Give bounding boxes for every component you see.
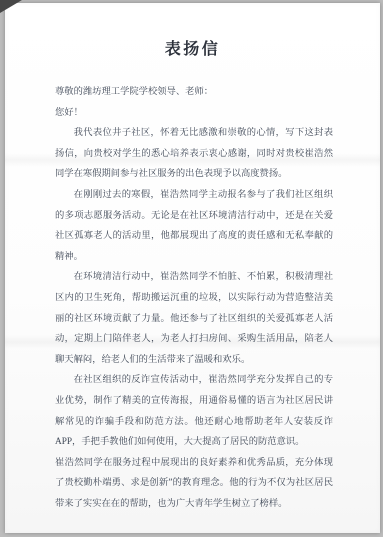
letter-salutation: 尊敬的潍坊理工学院学校领导、老师： <box>55 82 333 103</box>
letter-paragraph-3: 在环境清洁行动中，崔浩然同学不怕脏、不怕累，积极清理社区内的卫生死角，帮助搬运沉… <box>55 267 333 370</box>
letter-title: 表扬信 <box>5 36 380 59</box>
letter-paragraph-5: 崔浩然同学在服务过程中展现出的良好素养和优秀品质，充分体现了贵校勤朴端勇、求是创… <box>55 453 333 515</box>
scanned-letter: 表扬信 尊敬的潍坊理工学院学校领导、老师： 您好！ 我代表位井子社区，怀着无比感… <box>0 0 383 537</box>
letter-body: 尊敬的潍坊理工学院学校领导、老师： 您好！ 我代表位井子社区，怀着无比感激和崇敬… <box>5 82 380 514</box>
letter-paragraph-4: 在社区组织的反诈宣传活动中，崔浩然同学充分发挥自己的专业优势，制作了精美的宣传海… <box>55 370 333 452</box>
letter-greeting: 您好！ <box>55 103 333 124</box>
letter-page: 表扬信 尊敬的潍坊理工学院学校领导、老师： 您好！ 我代表位井子社区，怀着无比感… <box>5 3 380 533</box>
scan-corner-artifact <box>0 0 22 13</box>
letter-paragraph-1: 我代表位井子社区，怀着无比感激和崇敬的心情，写下这封表扬信，向贵校对学生的悉心培… <box>55 123 333 185</box>
letter-paragraph-2: 在刚刚过去的寒假，崔浩然同学主动报名参与了我们社区组织的多项志愿服务活动。无论是… <box>55 185 333 267</box>
